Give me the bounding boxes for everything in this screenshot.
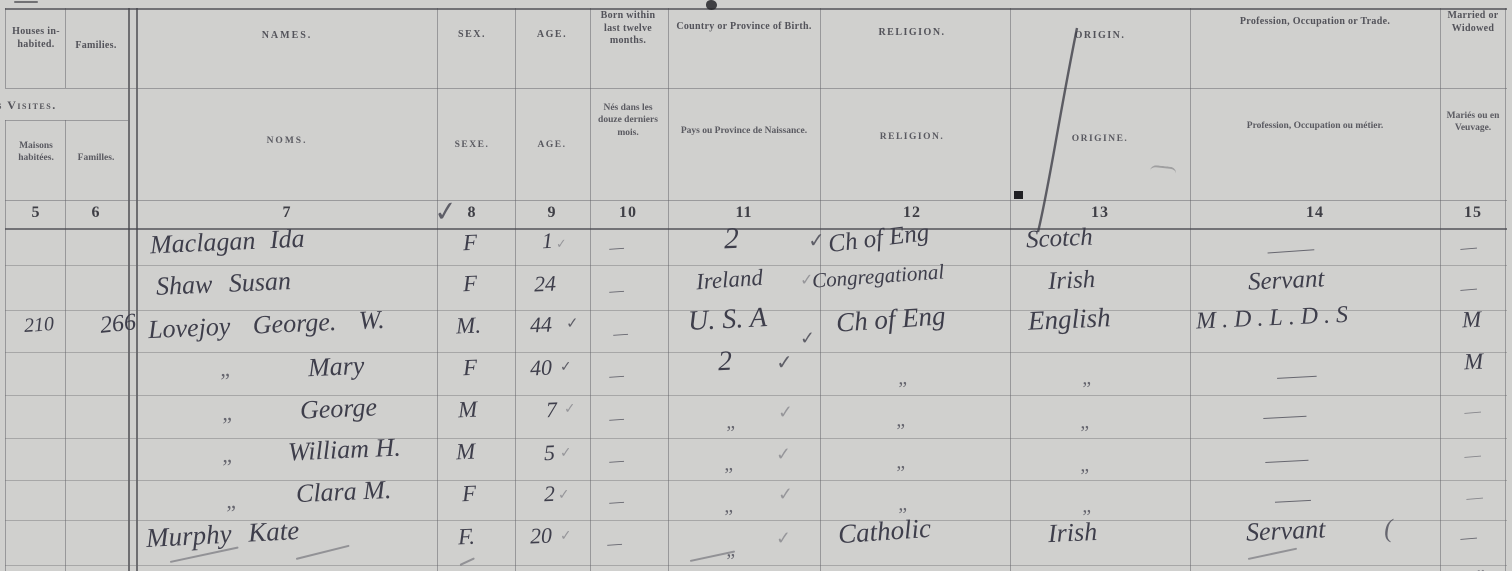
partial-handwriting-stroke [1248,548,1297,560]
married-entry: M [1462,308,1482,332]
grid-line [5,438,1507,439]
grid-line [5,8,6,88]
born-entry: – [609,238,625,257]
checkmark: ✓ [776,446,792,465]
origin-ditto: „ [1082,496,1094,516]
name-entry: Maclagan Ida [150,226,306,259]
born-entry: – [609,492,625,511]
checkmark: ✓ [564,402,576,416]
profession-entry: — [1267,238,1315,261]
married-entry: – [1464,401,1482,420]
col-born-header-en: Born within last twelve months. [592,10,664,48]
profession-entry: M.D.L.D.S [1196,303,1355,334]
checkmark: ✓ [433,197,459,227]
religion-ditto: „ [898,494,910,514]
col-number-9: 9 [522,204,582,222]
married-entry: – [1460,278,1478,297]
grid-line [1440,8,1441,571]
married-entry: – [1460,237,1478,256]
checkmark: ✓ [558,488,570,502]
origin-entry: Scotch [1025,225,1093,253]
ink-square-mark [1014,191,1023,199]
col-sex-header-en: SEX. [442,29,502,42]
sex-entry: F [463,231,478,255]
col-religion-header-en: RELIGION. [852,27,972,40]
origin-entry: English [1027,304,1111,335]
born-entry: – [609,409,625,428]
married-entry: M [1464,350,1484,374]
col-number-7: 7 [187,204,387,222]
partial-handwriting-stroke [296,545,350,560]
col-married-header-fr: Mariés ou en Veuvage. [1442,110,1504,135]
religion-entry: Ch of Eng [827,220,931,257]
origin-ditto: „ [1080,412,1092,432]
married-entry: – [1464,445,1482,464]
checkmark: ✓ [778,404,794,423]
grid-line-double [128,8,130,571]
name-entry: Shaw Susan [155,268,291,300]
profession-entry: — [1275,489,1312,511]
col-houses-header-fr: Maisons habitées. [9,140,63,165]
col-profession-header-en: Profession, Occupation or Trade. [1230,16,1400,29]
profession-entry: Servant [1247,266,1324,294]
name-ditto: „ [222,402,235,425]
col-profession-header-fr: Profession, Occupation ou métier. [1230,120,1400,132]
col-houses-header-en: Houses in- habited. [9,26,63,51]
checkmark: ✓ [560,446,572,460]
birthplace-ditto: „ [724,496,736,516]
grid-line [590,8,591,571]
ink-paren-mark: ( [1383,516,1393,542]
age-entry: 7 [546,399,558,421]
grid-line [1190,8,1191,571]
birthplace-entry: Ireland [695,266,763,294]
age-entry: 5 [544,442,556,464]
sex-entry: M. [456,313,482,337]
born-entry: – [607,534,623,553]
col-number-14: 14 [1230,204,1400,222]
name-entry: Clara M. [295,477,391,507]
col-families-header-en: Families. [66,40,126,53]
age-entry: 44 [530,314,553,337]
grid-line [1505,8,1506,571]
families-entry: 266 [99,310,137,338]
name-ditto: „ [226,490,239,513]
col-sex-header-fr: SEXE. [442,139,502,151]
birthplace-entry: U. S. A [687,304,767,336]
visites-partial-label: s Visites. [0,98,57,113]
grid-line-double [136,8,138,571]
profession-entry: — [1265,449,1309,471]
ink-blob [706,0,717,10]
checkmark: ✓ [776,530,792,549]
origin-entry: Irish [1047,267,1095,294]
col-birth-country-header-en: Country or Province of Birth. [674,21,814,34]
born-entry: – [609,281,625,300]
born-entry: – [613,324,629,343]
checkmark: ✓ [566,316,579,332]
age-entry: 20 [530,525,553,548]
origin-ditto: „ [1082,368,1094,388]
religion-ditto: „ [896,410,908,430]
profession-entry: — [1263,405,1307,427]
grid-line [5,88,1507,89]
origin-ditto: „ [1080,455,1092,475]
religion-entry: Catholic [837,515,932,548]
sex-entry: F [463,356,478,380]
sex-entry: M [456,440,476,464]
birthplace-entry: 2 [717,348,732,377]
col-married-header-en: Married or Widowed [1442,10,1504,35]
name-entry: William H. [287,435,401,466]
name-entry: Murphy Kate [145,517,299,552]
partial-ditto: „ [1476,556,1488,571]
grid-line [5,565,1507,566]
origin-entry: Irish [1047,519,1097,547]
grid-line [5,480,1507,481]
grid-line [5,8,1507,10]
pen-stroke [1000,10,1110,240]
col-number-15: 15 [1442,204,1504,222]
checkmark: ✓ [800,330,816,349]
checkmark: ✓ [560,529,572,543]
name-ditto: „ [220,358,233,381]
houses-entry: 210 [23,314,54,336]
grid-line [437,8,438,571]
grid-line [5,120,128,121]
religion-ditto: „ [896,452,908,472]
checkmark: ✓ [560,360,572,374]
col-number-12: 12 [852,204,972,222]
age-entry: 2 [544,483,556,505]
col-age-header-en: AGE. [522,29,582,42]
age-entry: 24 [534,273,557,296]
col-number-10: 10 [592,204,664,222]
col-names-header-fr: NOMS. [187,135,387,147]
checkmark: ✓ [776,352,794,373]
col-birth-country-header-fr: Pays ou Province de Naissance. [674,125,814,137]
sex-entry: M [458,398,478,422]
checkmark: ✓ [556,238,567,251]
grid-line [5,352,1507,353]
name-entry: Lovejoy George. W. [148,307,386,343]
col-families-header-fr: Familles. [66,152,126,164]
birthplace-ditto: „ [724,454,736,474]
born-entry: – [609,366,625,385]
sex-entry: F [463,272,478,296]
age-entry: 1 [542,230,554,252]
sex-entry: F. [458,525,476,549]
grid-line [65,120,66,571]
grid-line [515,8,516,571]
census-scan-page: Houses in- habited. Families. NAMES. SEX… [0,0,1512,571]
birthplace-entry: 2 [723,224,739,255]
edge-mark [14,1,38,3]
col-born-header-fr: Nés dans les douze derniers mois. [596,102,660,139]
name-entry: Mary [307,353,364,381]
col-age-header-fr: AGE. [522,139,582,151]
name-entry: George [299,394,377,423]
col-number-5: 5 [9,204,63,222]
col-religion-header-fr: RELIGION. [852,131,972,143]
col-names-header-en: NAMES. [187,30,387,43]
born-entry: – [609,451,625,470]
age-entry: 40 [530,357,553,380]
ink-curve-mark [1149,165,1176,180]
grid-line [5,200,1507,201]
married-entry: – [1466,487,1484,506]
profession-entry: — [1277,365,1317,387]
checkmark: ✓ [808,230,826,251]
profession-entry: Servant [1245,516,1325,545]
birthplace-ditto: „ [726,412,738,432]
married-entry: – [1460,527,1478,546]
religion-ditto: „ [898,368,910,388]
grid-line [5,120,6,571]
name-ditto: „ [222,444,235,467]
grid-line [668,8,669,571]
checkmark: ✓ [778,486,794,505]
sex-entry: F [462,482,477,506]
col-number-6: 6 [66,204,126,222]
religion-entry: Ch of Eng [835,302,946,337]
grid-line [5,395,1507,396]
col-number-11: 11 [674,204,814,222]
